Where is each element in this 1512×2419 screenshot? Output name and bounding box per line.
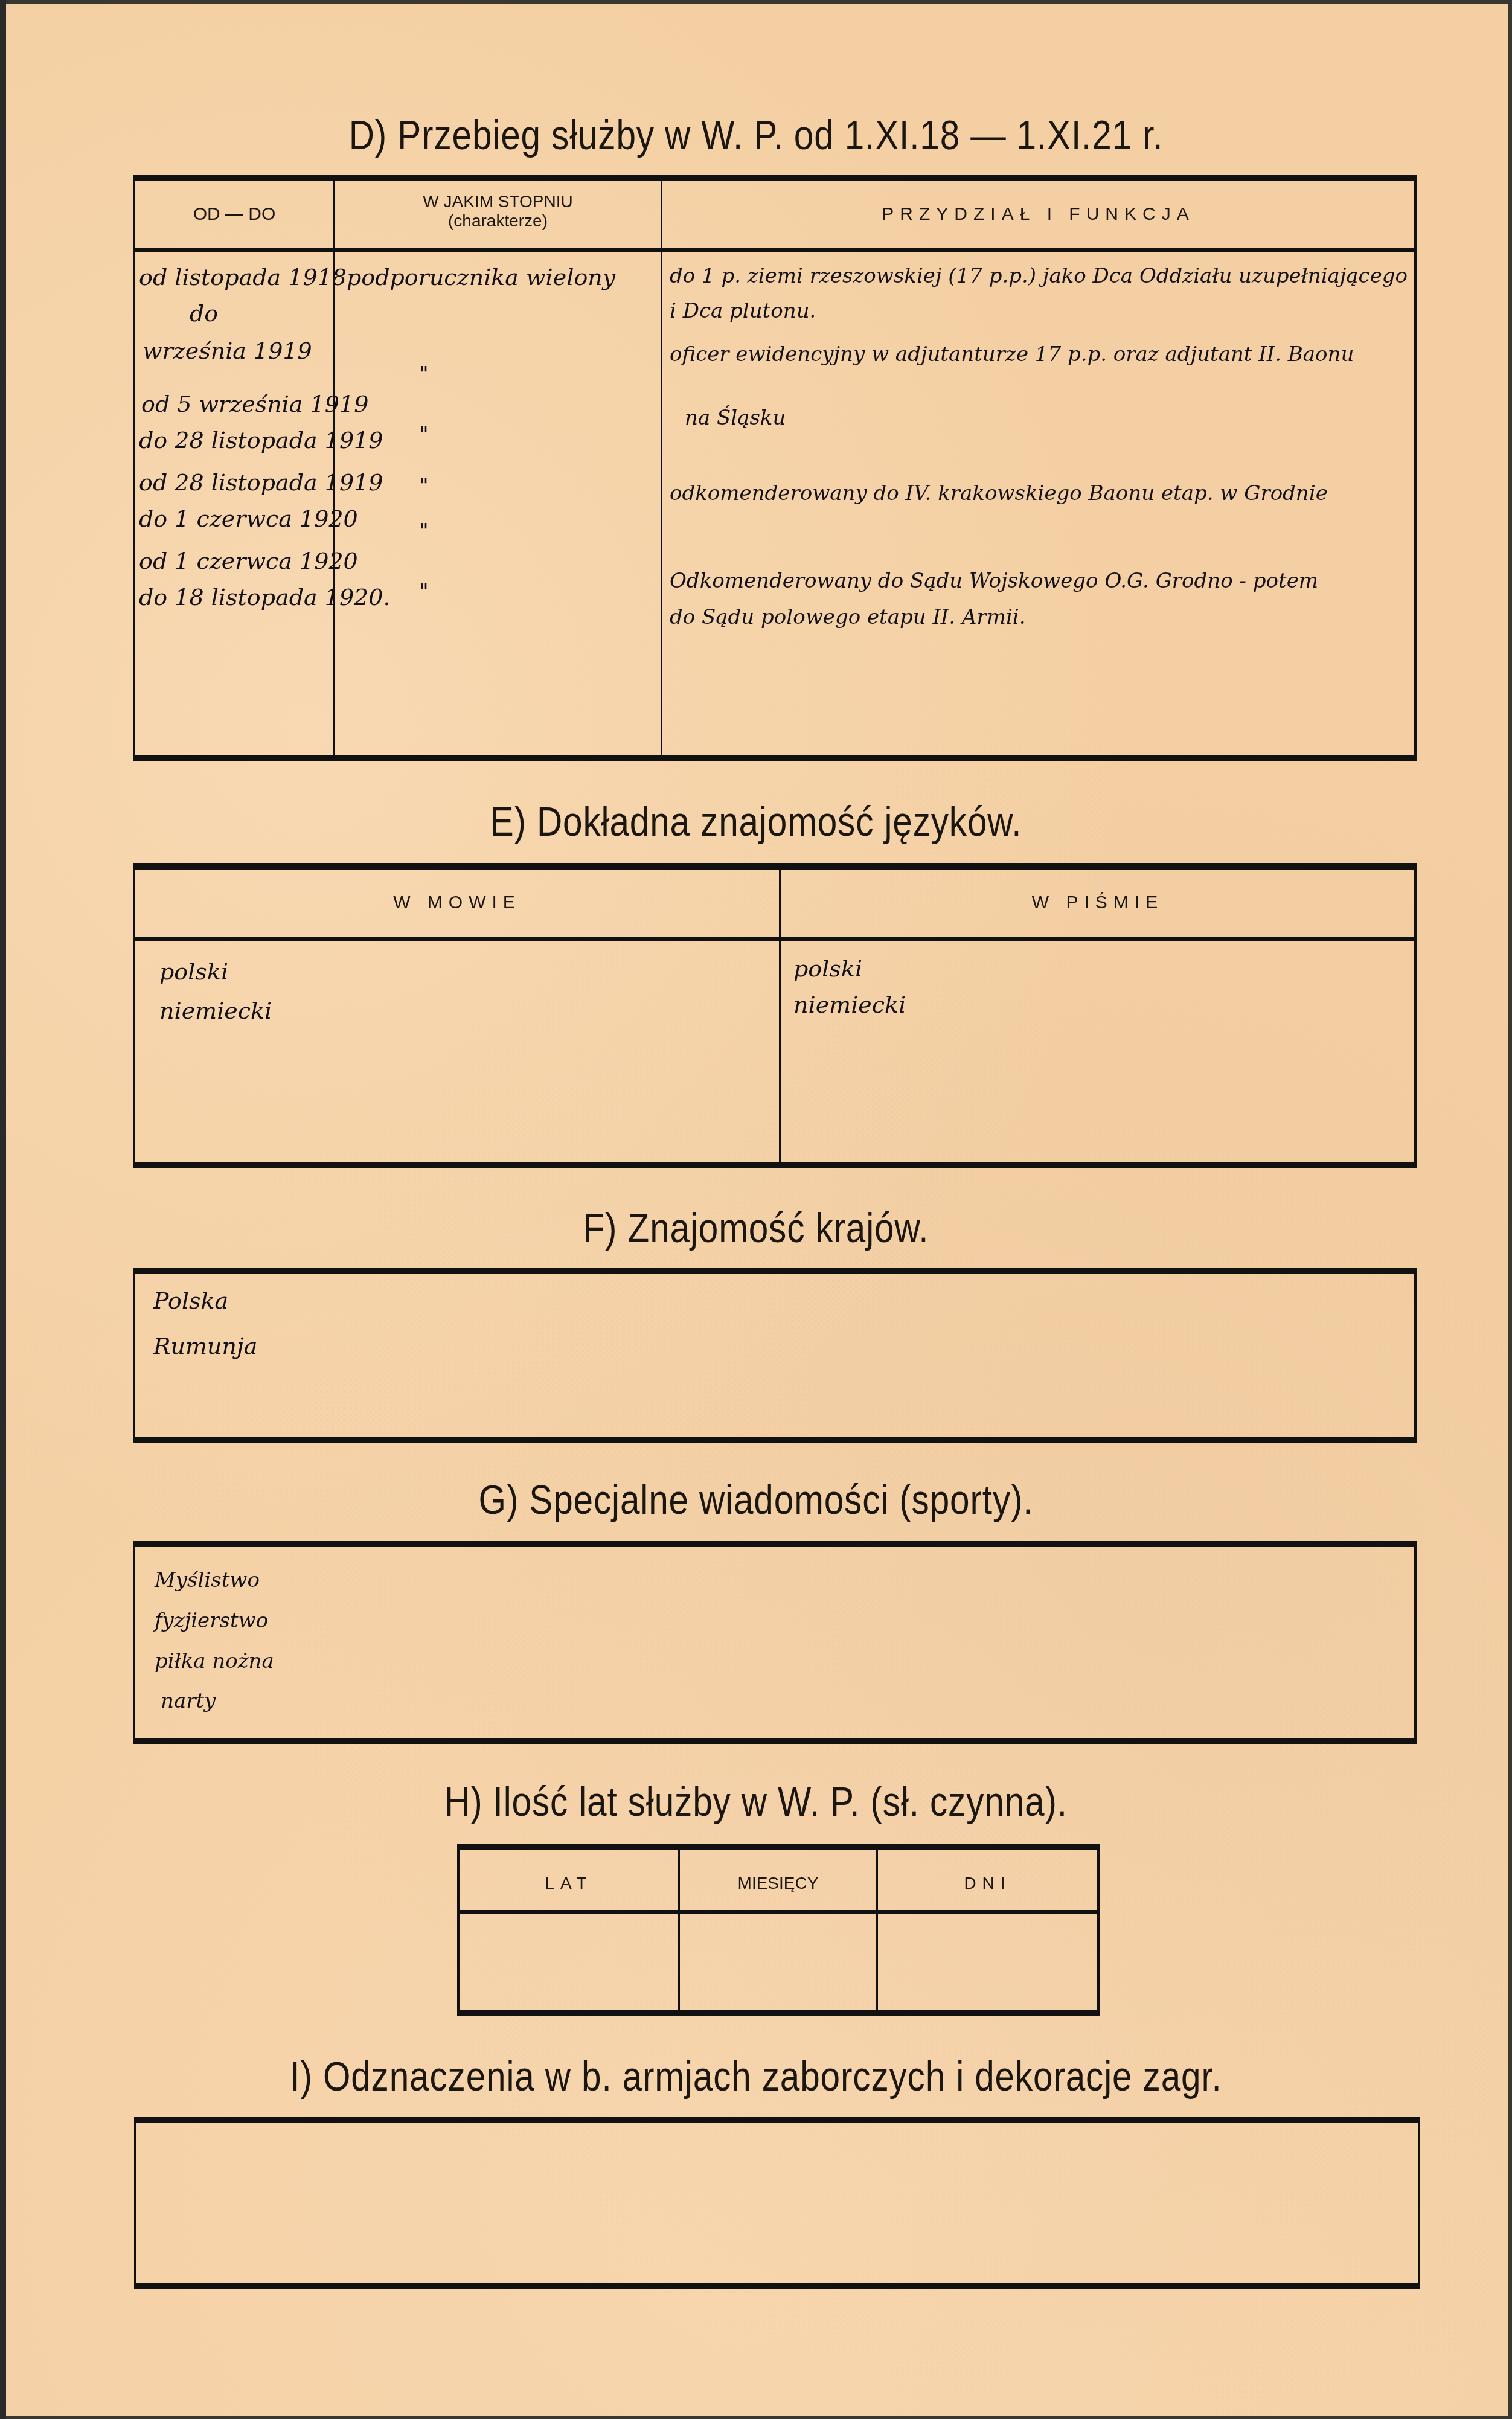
- header-mowa: W MOWIE: [135, 892, 779, 913]
- section-e-title: E) Dokładna znajomość języków.: [106, 798, 1406, 845]
- column-divider: [661, 181, 662, 755]
- ditto-mark: ": [419, 474, 429, 498]
- ditto-mark: ": [419, 423, 429, 447]
- header-stopien-sub: (charakterze): [335, 211, 661, 231]
- header-divider: [460, 1910, 1097, 1914]
- date-entry: do 1 czerwca 1920: [139, 507, 358, 530]
- header-pismo: W PIŚMIE: [781, 892, 1415, 913]
- date-entry: od listopada 1918: [139, 266, 347, 289]
- section-h-title: H) Ilość lat służby w W. P. (sł. czynna)…: [106, 1778, 1406, 1825]
- countries-box: Polska Rumunja: [133, 1268, 1417, 1443]
- header-miesiecy: MIESIĘCY: [680, 1874, 876, 1893]
- date-entry: od 28 listopada 1919: [139, 471, 383, 494]
- assignment-entry: do 1 p. ziemi rzeszowskiej (17 p.p.) jak…: [670, 266, 1408, 286]
- special-skills-box: Myślistwo fyzjierstwo piłka nożna narty: [133, 1541, 1417, 1744]
- date-entry: do 18 listopada 1920.: [139, 586, 391, 609]
- skill-entry: narty: [161, 1691, 216, 1711]
- service-history-table: OD — DO W JAKIM STOPNIU (charakterze) PR…: [133, 175, 1417, 761]
- header-od-do: OD — DO: [135, 204, 333, 225]
- country-entry: Polska: [153, 1289, 228, 1312]
- header-przydzial: PRZYDZIAŁ I FUNKCJA: [662, 204, 1414, 225]
- ditto-mark: ": [419, 519, 429, 543]
- rank-entry: podporucznika wielony: [347, 266, 615, 289]
- date-entry: od 5 września 1919: [141, 392, 368, 415]
- decorations-box: [134, 2117, 1420, 2289]
- skill-entry: Myślistwo: [155, 1570, 260, 1591]
- column-divider: [779, 870, 781, 1162]
- service-length-table: LAT MIESIĘCY DNI: [457, 1844, 1100, 2016]
- header-divider: [135, 248, 1414, 252]
- skill-entry: fyzjierstwo: [155, 1610, 268, 1631]
- date-entry: do: [190, 302, 218, 325]
- section-f-title: F) Znajomość krajów.: [106, 1205, 1406, 1252]
- date-entry: września 1919: [143, 339, 312, 362]
- assignment-entry: na Śląsku: [685, 408, 786, 428]
- section-d-title: D) Przebieg służby w W. P. od 1.XI.18 — …: [106, 112, 1406, 159]
- date-entry: do 28 listopada 1919: [139, 429, 383, 452]
- language-spoken: niemiecki: [159, 999, 272, 1022]
- header-dni: DNI: [878, 1874, 1097, 1893]
- language-spoken: polski: [159, 960, 228, 983]
- header-divider: [135, 937, 1414, 941]
- country-entry: Rumunja: [153, 1334, 258, 1357]
- scan-edge: [0, 0, 6, 2419]
- header-stopien: W JAKIM STOPNIU (charakterze): [335, 192, 661, 231]
- section-i-title: I) Odznaczenia w b. armjach zaborczych i…: [106, 2053, 1406, 2100]
- skill-entry: piłka nożna: [155, 1651, 274, 1671]
- date-entry: od 1 czerwca 1920: [139, 549, 358, 572]
- assignment-entry: odkomenderowany do IV. krakowskiego Baon…: [670, 483, 1328, 504]
- header-lat: LAT: [460, 1874, 678, 1893]
- ditto-mark: ": [419, 580, 429, 604]
- assignment-entry: oficer ewidencyjny w adjutanturze 17 p.p…: [670, 344, 1354, 365]
- assignment-entry: do Sądu polowego etapu II. Armii.: [670, 607, 1026, 627]
- language-written: polski: [793, 957, 862, 980]
- assignment-entry: Odkomenderowany do Sądu Wojskowego O.G. …: [670, 571, 1318, 591]
- assignment-entry: i Dca plutonu.: [670, 301, 816, 321]
- section-g-title: G) Specjalne wiadomości (sporty).: [106, 1476, 1406, 1523]
- language-written: niemiecki: [793, 993, 906, 1016]
- header-stopien-label: W JAKIM STOPNIU: [335, 192, 661, 211]
- languages-table: W MOWIE W PIŚMIE polski niemiecki polski…: [133, 863, 1417, 1168]
- ditto-mark: ": [419, 362, 429, 386]
